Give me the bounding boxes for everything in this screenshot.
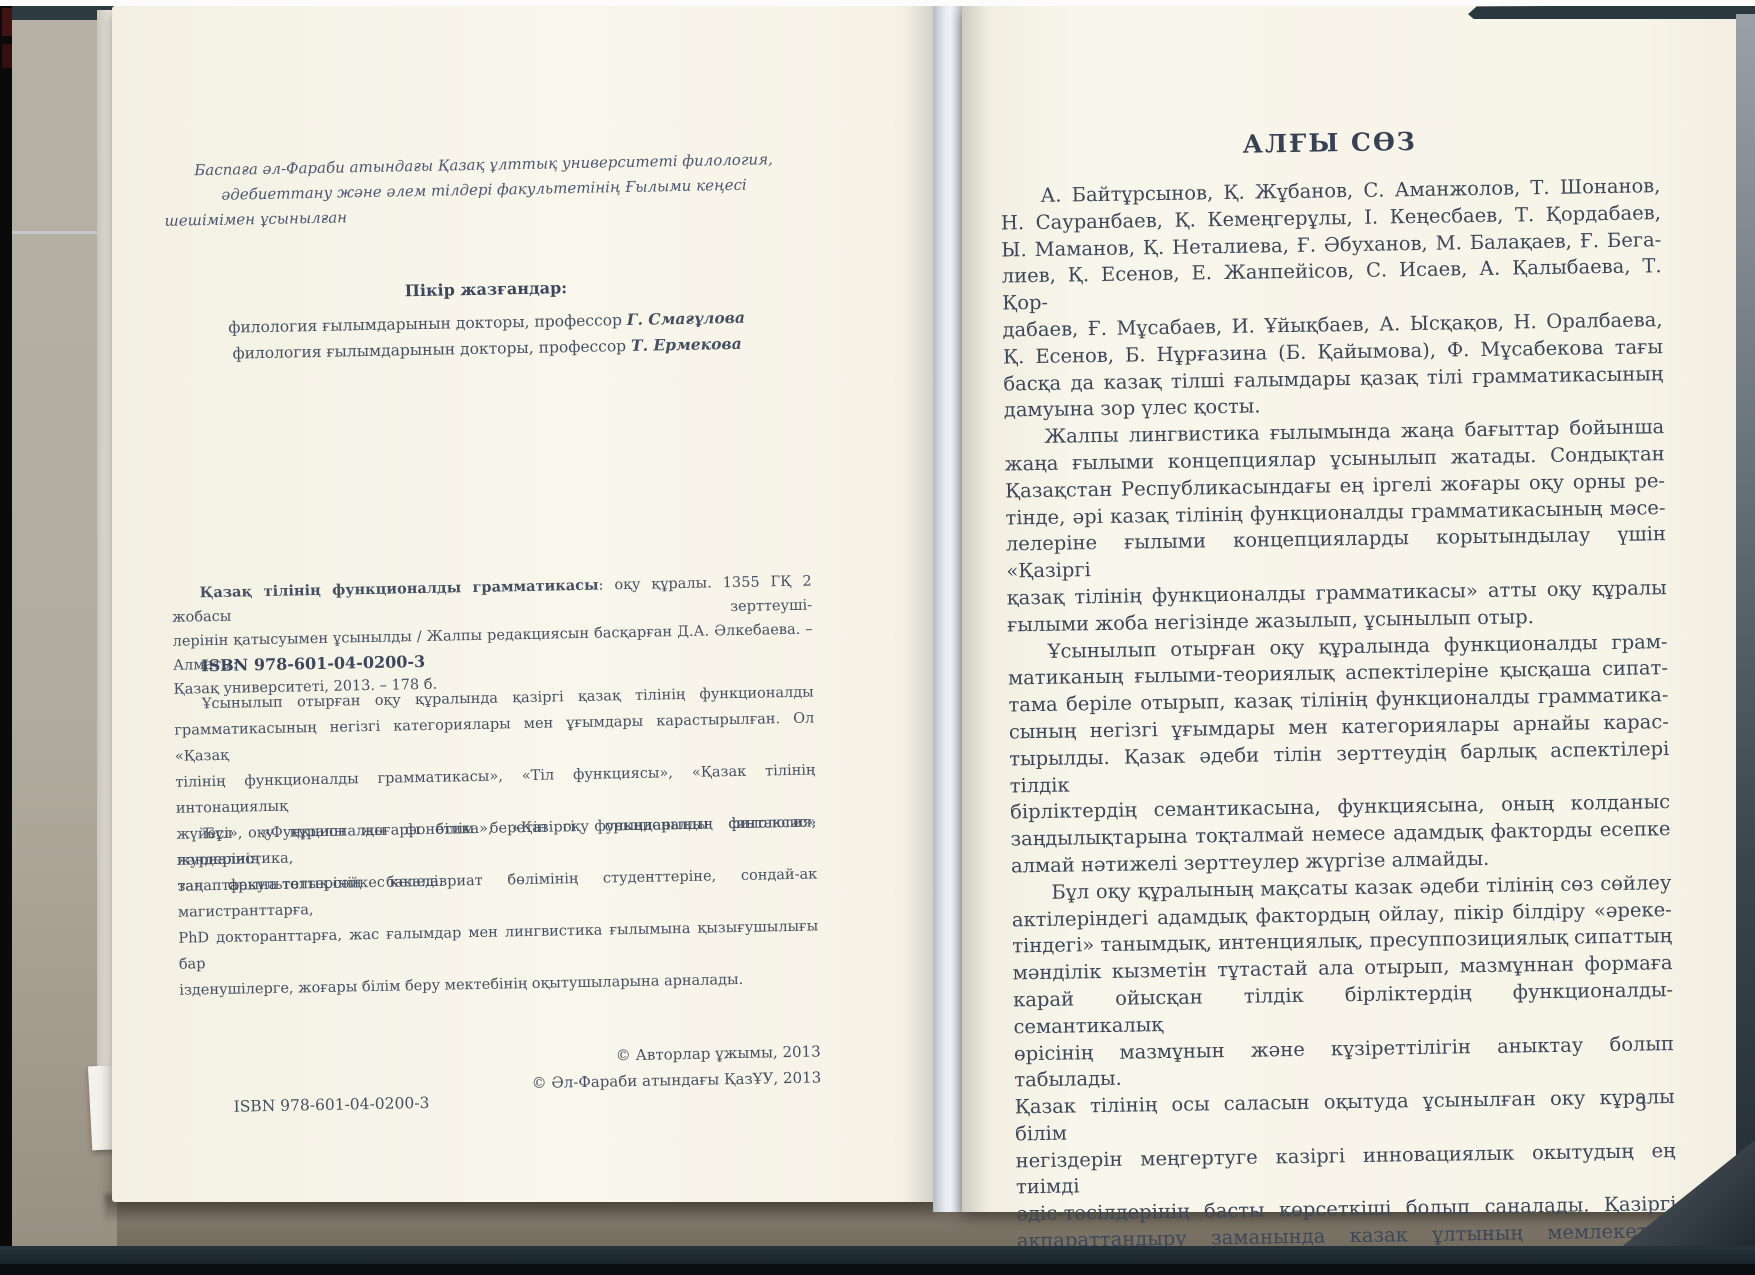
cover-edge-right [1736, 14, 1755, 1224]
maroon-mark-bottom [2, 44, 12, 68]
left-page: Баспаға әл-Фараби атындағы Қазақ ұлттық … [112, 6, 940, 1202]
foreword-paragraph: Бұл оқу құралының мақсаты казак әдеби ті… [1011, 870, 1677, 1275]
reviewer-name: Г. Смағұлова [627, 308, 745, 329]
maroon-mark-top [2, 8, 12, 36]
imprint-content: Баспаға әл-Фараби атындағы Қазақ ұлттық … [101, 0, 952, 1210]
photo-bottom-black-edge [0, 1264, 1755, 1275]
approval-note: Баспаға әл-Фараби атындағы Қазақ ұлттық … [163, 147, 804, 234]
citation-title: Қазақ тілінің функционалды грамматикасы [200, 577, 599, 602]
book-scan-photo: Баспаға әл-Фараби атындағы Қазақ ұлттық … [0, 0, 1755, 1275]
foreword-paragraph: Ұсынылып отырған оқу құралында функциона… [1007, 629, 1671, 881]
reviewers-heading: Пікір жазғандар: [166, 271, 806, 309]
reviewers-block: Пікір жазғандар: филология ғылымдарынын … [166, 271, 808, 368]
foreword-paragraph: Жалпы лингвистика ғылымында жаңа бағытта… [1004, 414, 1667, 639]
cover-edge-top-right [1468, 5, 1755, 19]
annotation-paragraph-2: Бұл оқу құралы жоғары білім беретін оқу … [176, 809, 819, 1003]
right-page: АЛҒЫ СӨЗ А. Байтұрсынов, Қ. Жұбанов, С. … [962, 6, 1748, 1212]
reviewer-title: филология ғылымдарынын докторы, профессо… [232, 337, 631, 363]
foreword-paragraph: А. Байтұрсынов, Қ. Жұбанов, С. Аманжолов… [1000, 173, 1664, 425]
photo-top-white-edge [0, 0, 1755, 6]
reviewer-name: Т. Ермекова [631, 334, 742, 355]
reviewer-title: филология ғылымдарынын докторы, профессо… [228, 311, 627, 337]
page-title: АЛҒЫ СӨЗ [999, 123, 1659, 162]
table-edge-dark-band [0, 1246, 1755, 1266]
photo-left-black-edge [0, 0, 12, 1275]
foreword-content: АЛҒЫ СӨЗ А. Байтұрсынов, Қ. Жұбанов, С. … [953, 0, 1755, 1218]
